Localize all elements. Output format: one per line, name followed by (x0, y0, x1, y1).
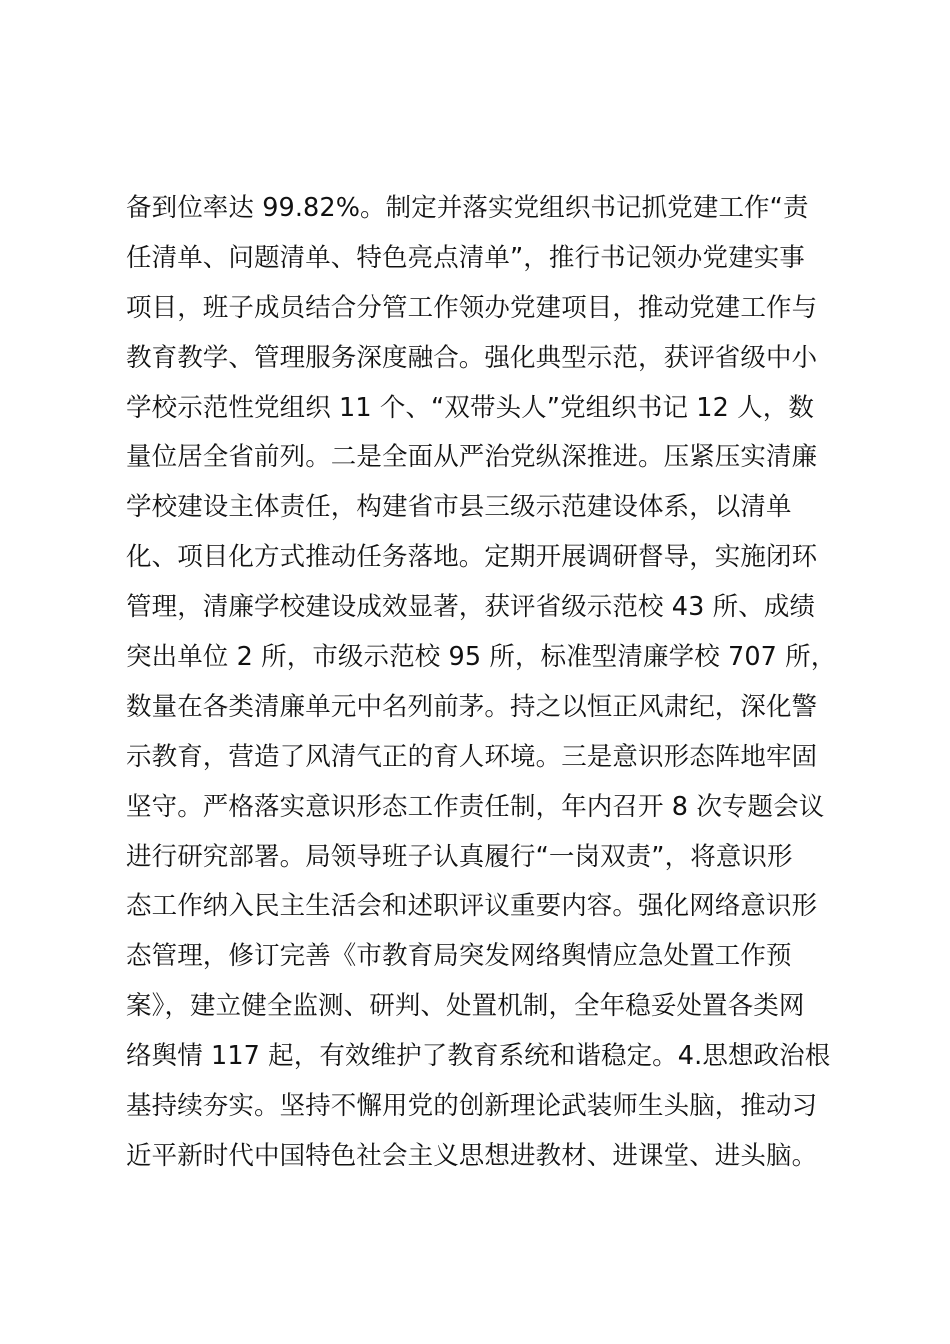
text-line: 数量在各类清廉单元中名列前茅。持之以恒正风肃纪，深化警 (126, 683, 838, 733)
text-line: 态工作纳入民主生活会和述职评议重要内容。强化网络意识形 (126, 882, 838, 932)
text-line: 近平新时代中国特色社会主义思想进教材、进课堂、进头脑。 (126, 1132, 838, 1182)
text-line: 案》，建立健全监测、研判、处置机制，全年稳妥处置各类网 (126, 982, 838, 1032)
text-line: 突出单位 2 所，市级示范校 95 所，标准型清廉学校 707 所， (126, 633, 838, 683)
body-paragraph: 备到位率达 99.82%。制定并落实党组织书记抓党建工作“责 任清单、问题清单、… (126, 184, 838, 1182)
text-line: 项目，班子成员结合分管工作领办党建项目，推动党建工作与 (126, 284, 838, 334)
text-line: 教育教学、管理服务深度融合。强化典型示范，获评省级中小 (126, 334, 838, 384)
text-line: 学校建设主体责任，构建省市县三级示范建设体系，以清单 (126, 483, 838, 533)
text-line: 备到位率达 99.82%。制定并落实党组织书记抓党建工作“责 (126, 184, 838, 234)
text-line: 量位居全省前列。二是全面从严治党纵深推进。压紧压实清廉 (126, 433, 838, 483)
text-line: 示教育，营造了风清气正的育人环境。三是意识形态阵地牢固 (126, 733, 838, 783)
text-line: 化、项目化方式推动任务落地。定期开展调研督导，实施闭环 (126, 533, 838, 583)
text-line: 坚守。严格落实意识形态工作责任制，年内召开 8 次专题会议 (126, 783, 838, 833)
text-line: 态管理，修订完善《市教育局突发网络舆情应急处置工作预 (126, 932, 838, 982)
text-line: 进行研究部署。局领导班子认真履行“一岗双责”，将意识形 (126, 833, 838, 883)
document-page: 备到位率达 99.82%。制定并落实党组织书记抓党建工作“责 任清单、问题清单、… (0, 0, 950, 1344)
text-line: 管理，清廉学校建设成效显著，获评省级示范校 43 所、成绩 (126, 583, 838, 633)
text-line: 络舆情 117 起，有效维护了教育系统和谐稳定。4.思想政治根 (126, 1032, 838, 1082)
text-line: 任清单、问题清单、特色亮点清单”，推行书记领办党建实事 (126, 234, 838, 284)
text-line: 基持续夯实。坚持不懈用党的创新理论武装师生头脑，推动习 (126, 1082, 838, 1132)
text-line: 学校示范性党组织 11 个、“双带头人”党组织书记 12 人，数 (126, 384, 838, 434)
